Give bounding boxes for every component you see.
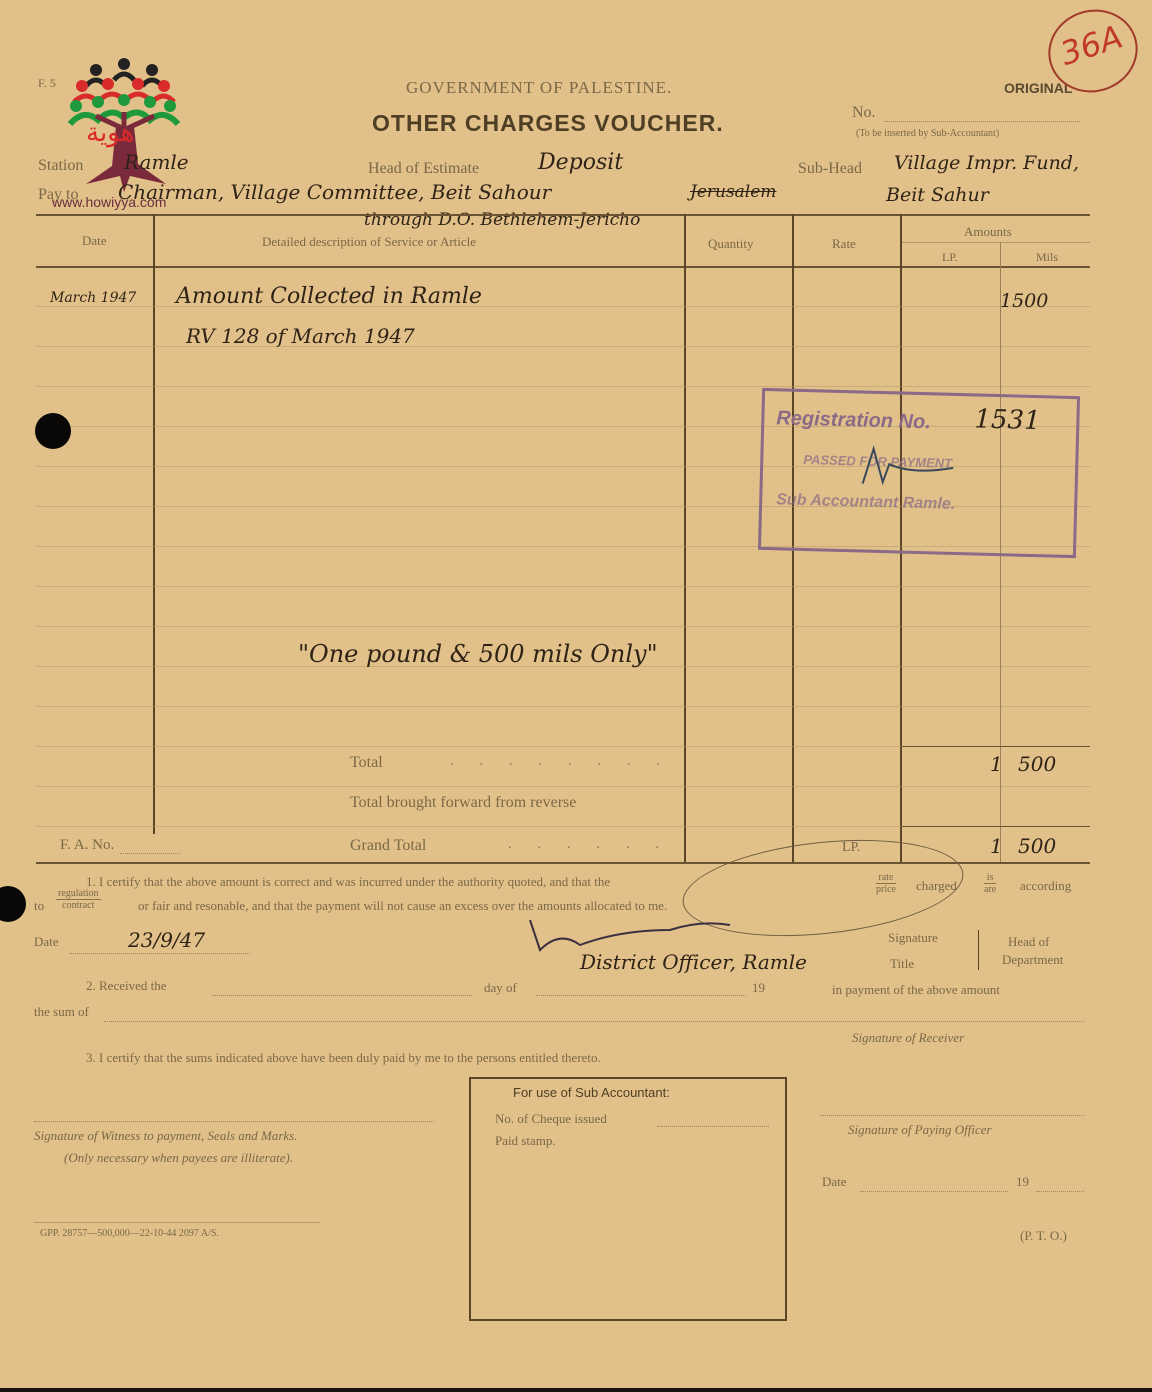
cert-date-value[interactable]: 23/9/47 xyxy=(128,928,205,952)
contract-label: contract xyxy=(56,900,101,911)
government-heading: GOVERNMENT OF PALESTINE. xyxy=(406,78,672,98)
sum-of-field[interactable] xyxy=(104,1020,1084,1022)
col-header-date: Date xyxy=(82,233,107,249)
col-header-lp: LP. xyxy=(942,250,958,265)
col-header-description: Detailed description of Service or Artic… xyxy=(262,234,476,250)
sub-accountant-title: For use of Sub Accountant: xyxy=(513,1085,670,1100)
sum-of-label: the sum of xyxy=(34,1004,89,1020)
fa-no-label: F. A. No. xyxy=(60,837,114,854)
head-of-estimate-value[interactable]: Deposit xyxy=(538,150,623,175)
received-day-field[interactable] xyxy=(212,994,472,996)
certification-3: 3. I certify that the sums indicated abo… xyxy=(86,1050,601,1066)
head-of-dept-2: Department xyxy=(1002,952,1063,968)
title-value[interactable]: District Officer, Ramle xyxy=(580,950,807,974)
punch-hole xyxy=(0,886,26,922)
witness-line xyxy=(34,1120,434,1122)
received-year-prefix: 19 xyxy=(752,980,765,996)
footer-year-line xyxy=(1036,1190,1084,1192)
registration-number: 1531 xyxy=(974,404,1041,436)
grand-total-lp[interactable]: 1 xyxy=(990,834,1003,858)
total-lp[interactable]: 1 xyxy=(990,752,1003,776)
footer-date-label: Date xyxy=(822,1174,847,1190)
voucher-no-note: (To be inserted by Sub-Accountant) xyxy=(856,128,999,139)
sub-head-label: Sub-Head xyxy=(798,160,862,178)
day-of-label: day of xyxy=(484,980,517,996)
paid-stamp-label: Paid stamp. xyxy=(495,1133,556,1149)
row-1-date[interactable]: March 1947 xyxy=(50,290,136,306)
is-label: is xyxy=(984,872,996,884)
total-leader: ........ xyxy=(450,754,686,770)
cheque-label: No. of Cheque issued xyxy=(495,1111,607,1127)
certification-2: 2. Received the xyxy=(86,978,167,994)
total-label: Total xyxy=(350,754,383,772)
grand-total-leader: ...... xyxy=(508,837,685,853)
pay-to-value[interactable]: Chairman, Village Committee, Beit Sahour xyxy=(118,180,551,204)
in-payment-label: in payment of the above amount xyxy=(832,982,1000,998)
cert-date-label: Date xyxy=(34,934,59,950)
watermark-arabic: هوية xyxy=(86,118,134,148)
pay-to-struck: Jerusalem xyxy=(690,182,776,202)
voucher-no-label: No. xyxy=(852,104,876,122)
signature-label: Signature xyxy=(888,930,938,946)
witness-note: (Only necessary when payees are illitera… xyxy=(64,1150,293,1166)
col-header-mils: Mils xyxy=(1036,250,1058,265)
col-header-rate: Rate xyxy=(832,236,856,252)
grand-total-mils[interactable]: 500 xyxy=(1018,834,1056,858)
punch-hole xyxy=(35,413,71,449)
stamp-signature xyxy=(852,443,973,496)
row-1-description[interactable]: Amount Collected in Ramle xyxy=(176,284,482,309)
grand-total-label: Grand Total xyxy=(350,837,426,855)
sub-accountant-box: For use of Sub Accountant: No. of Cheque… xyxy=(469,1077,787,1321)
sub-head-value-2[interactable]: Beit Sahur xyxy=(886,184,989,206)
cert-date-line xyxy=(70,952,250,954)
row-2-description[interactable]: RV 128 of March 1947 xyxy=(186,324,415,348)
head-of-estimate-label: Head of Estimate xyxy=(368,160,479,178)
pto-label: (P. T. O.) xyxy=(1020,1228,1067,1244)
total-mils[interactable]: 500 xyxy=(1018,752,1056,776)
voucher-page: هوية www.howiyya.com F. 5 GOVERNMENT OF … xyxy=(0,0,1152,1388)
are-label: are xyxy=(984,884,996,895)
received-month-field[interactable] xyxy=(536,994,746,996)
footer-year-prefix: 19 xyxy=(1016,1174,1029,1190)
registration-stamp: Registration No. 1531 PASSED FOR PAYMENT… xyxy=(758,388,1080,558)
footer-date-field[interactable] xyxy=(860,1190,1008,1192)
paying-officer-line xyxy=(820,1114,1084,1116)
pay-to-label: Pay to xyxy=(38,186,78,204)
form-number: F. 5 xyxy=(38,76,56,91)
amount-in-words[interactable]: "One pound & 500 mils Only" xyxy=(298,640,658,668)
certification-1a: 1. I certify that the above amount is co… xyxy=(86,874,610,890)
printer-code: GPP. 28757—500,000—22-10-44 2097 A/S. xyxy=(40,1228,219,1239)
paying-officer-label: Signature of Paying Officer xyxy=(848,1122,992,1138)
fa-no-field[interactable] xyxy=(120,852,180,854)
head-of-dept-1: Head of xyxy=(1008,934,1050,950)
page-title: OTHER CHARGES VOUCHER. xyxy=(372,110,724,137)
voucher-no-field[interactable] xyxy=(884,120,1080,122)
regulation-label: regulation xyxy=(56,888,101,900)
witness-label: Signature of Witness to payment, Seals a… xyxy=(34,1128,297,1144)
station-label: Station xyxy=(38,157,83,175)
sub-head-value-1[interactable]: Village Impr. Fund, xyxy=(894,152,1079,174)
cheque-field[interactable] xyxy=(657,1125,769,1127)
title-label: Title xyxy=(890,956,914,972)
according-label: according xyxy=(1020,878,1071,894)
row-1-mils[interactable]: 1500 xyxy=(1000,290,1048,312)
col-header-amounts: Amounts xyxy=(964,224,1012,240)
pay-to-through[interactable]: through D.O. Bethlehem-Jericho xyxy=(364,210,640,230)
col-header-quantity: Quantity xyxy=(708,236,754,252)
station-value[interactable]: Ramle xyxy=(124,150,189,174)
to-label: to xyxy=(34,898,44,914)
receiver-signature-label: Signature of Receiver xyxy=(852,1030,964,1046)
forward-label: Total brought forward from reverse xyxy=(350,794,576,812)
